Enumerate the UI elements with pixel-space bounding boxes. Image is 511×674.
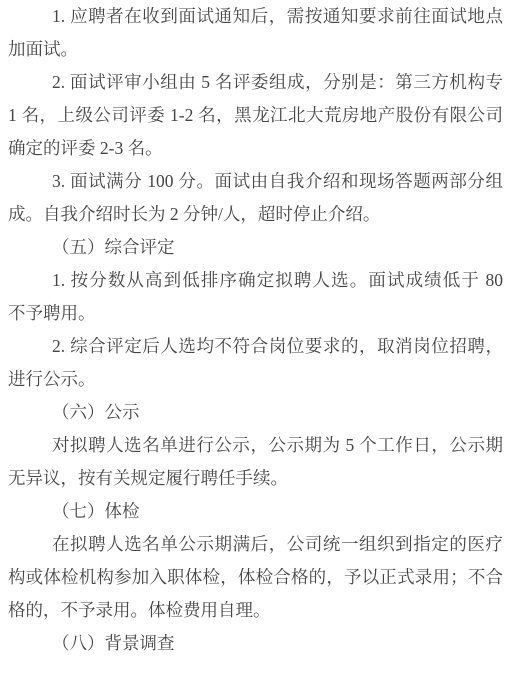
text-line: （五）综合评定: [8, 231, 503, 264]
text-line: 确定的评委 2-3 名。: [8, 132, 503, 165]
text-line: 不予聘用。: [8, 297, 503, 330]
text-line: （七）体检: [8, 495, 503, 528]
text-line: 格的，不予录用。体检费用自理。: [8, 594, 503, 627]
text-line: 1 名，上级公司评委 1-2 名，黑龙江北大荒房地产股份有限公司: [8, 99, 503, 132]
text-line: 构或体检机构参加入职体检，体检合格的，予以正式录用；不合: [8, 561, 503, 594]
document-lines: 1. 应聘者在收到面试通知后，需按通知要求前往面试地点参加面试。2. 面试评审小…: [8, 0, 503, 660]
text-line: 进行公示。: [8, 363, 503, 396]
text-line: （八）背景调查: [8, 627, 503, 660]
text-line: 在拟聘人选名单公示期满后，公司统一组织到指定的医疗机: [8, 528, 503, 561]
text-line: 成。自我介绍时长为 2 分钟/人，超时停止介绍。: [8, 198, 503, 231]
text-line: 对拟聘人选名单进行公示，公示期为 5 个工作日，公示期满: [8, 429, 503, 462]
text-line: 1. 按分数从高到低排序确定拟聘人选。面试成绩低于 80 分，: [8, 264, 503, 297]
text-line: 加面试。: [8, 33, 503, 66]
text-line: 2. 面试评审小组由 5 名评委组成，分别是：第三方机构专家: [8, 66, 503, 99]
text-line: 2. 综合评定后人选均不符合岗位要求的，取消岗位招聘，并: [8, 330, 503, 363]
text-line: 1. 应聘者在收到面试通知后，需按通知要求前往面试地点参: [8, 0, 503, 33]
text-line: （六）公示: [8, 396, 503, 429]
text-line: 3. 面试满分 100 分。面试由自我介绍和现场答题两部分组: [8, 165, 503, 198]
text-line: 无异议，按有关规定履行聘任手续。: [8, 462, 503, 495]
document-page: 1. 应聘者在收到面试通知后，需按通知要求前往面试地点参加面试。2. 面试评审小…: [0, 0, 511, 674]
